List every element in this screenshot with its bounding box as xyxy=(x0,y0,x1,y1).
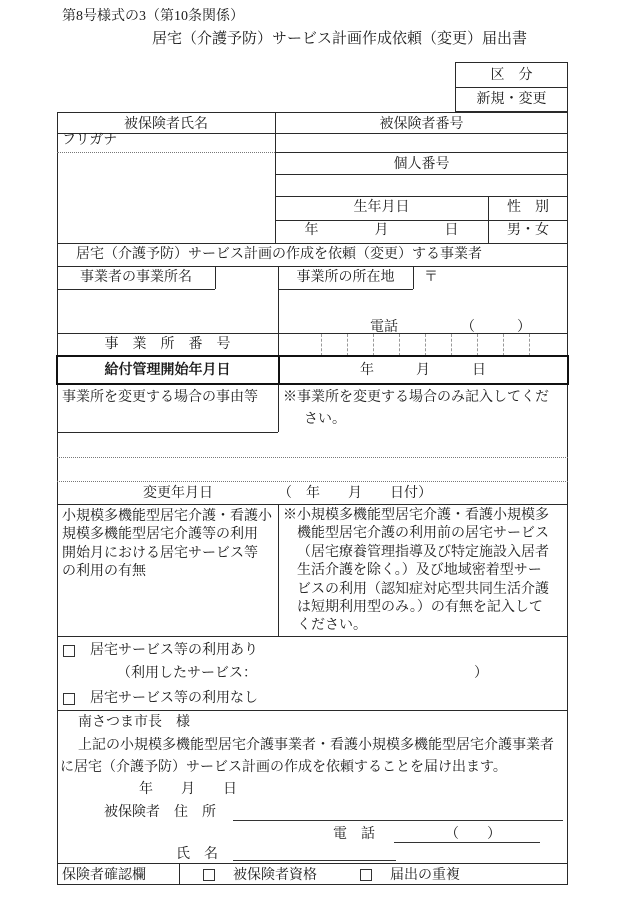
personal-number-field[interactable] xyxy=(276,175,567,195)
insured-qualification-checkbox[interactable] xyxy=(203,869,215,881)
office-number-cell[interactable] xyxy=(425,334,451,356)
notification-form-page: 第8号様式の3（第10条関係） 居宅（介護予防）サービス計画作成依頼（変更）届出… xyxy=(0,0,630,903)
benefit-start-label: 給付管理開始年月日 xyxy=(57,361,278,381)
benefit-start-units[interactable]: 年 月 日 xyxy=(278,361,568,381)
change-note-line2: さい。 xyxy=(304,410,346,430)
change-reason-field[interactable] xyxy=(58,408,277,431)
text-line: の利用の有無 xyxy=(62,563,277,581)
insurer-check-label: 保険者確認欄 xyxy=(62,866,146,886)
provider-section-title: 居宅（介護予防）サービス計画の作成を依頼（変更）する事業者 xyxy=(76,245,482,265)
grid-line-h xyxy=(57,863,568,864)
declaration-date-units[interactable]: 年 月 日 xyxy=(139,780,237,800)
office-number-cell[interactable] xyxy=(503,334,529,356)
duplicate-notification-checkbox[interactable] xyxy=(360,869,372,881)
office-number-cell[interactable] xyxy=(347,334,373,356)
furigana-field[interactable] xyxy=(130,131,270,150)
office-number-cell[interactable] xyxy=(373,334,399,356)
grid-line-v xyxy=(278,504,279,636)
dotted-rule xyxy=(57,481,568,482)
insured-number-field[interactable] xyxy=(276,134,567,151)
grid-line-v xyxy=(179,863,180,885)
grid-line-v xyxy=(278,384,279,432)
use-no-label: 居宅サービス等の利用なし xyxy=(90,689,258,709)
office-address-label: 事業所の所在地 xyxy=(278,268,413,288)
duplicate-notification-label: 届出の重複 xyxy=(390,866,460,886)
declaration-name-label: 氏 名 xyxy=(176,845,218,865)
office-number-label: 事 業 所 番 号 xyxy=(57,335,278,355)
text-line: 開始月における居宅サービス等 xyxy=(62,545,277,563)
birthdate-label: 生年月日 xyxy=(275,198,488,218)
birthdate-units[interactable]: 年 月 日 xyxy=(275,221,488,241)
text-line: ください。 xyxy=(283,617,568,635)
declaration-name-field[interactable] xyxy=(233,844,396,861)
furigana-label: フリガナ xyxy=(62,131,117,151)
used-service-open: （利用したサービス： xyxy=(117,664,257,684)
declaration-body-line1: 上記の小規模多機能型居宅介護事業者・看護小規模多機能型居宅介護事業者 xyxy=(78,736,554,756)
grid-line-h xyxy=(57,432,278,433)
furigana-dotted-line xyxy=(57,152,275,153)
declaration-address-label: 被保険者 住 所 xyxy=(104,803,216,823)
text-line: 機能型居宅介護の利用前の居宅サービス xyxy=(283,525,568,543)
change-date-units[interactable]: （ 年 月 日付） xyxy=(278,484,432,504)
insured-name-field[interactable] xyxy=(58,154,274,242)
text-line: （居宅療養管理指導及び特定施設入居者 xyxy=(283,544,568,562)
insured-qualification-label: 被保険者資格 xyxy=(233,866,317,886)
text-line: は短期利用型のみ。）の有無を記入して xyxy=(283,599,568,617)
multifunction-label: 小規模多機能型居宅介護・看護小規模多機能型居宅介護等の利用開始月における居宅サー… xyxy=(62,508,277,582)
declaration-body-line2: に居宅（介護予防）サービス計画の作成を依頼することを届け出ます。 xyxy=(60,758,507,778)
office-name-box-line xyxy=(215,266,216,289)
gender-label: 性 別 xyxy=(488,198,568,218)
office-number-cell[interactable] xyxy=(321,334,347,356)
change-reason-label: 事業所を変更する場合の事由等 xyxy=(62,388,258,408)
use-yes-checkbox[interactable] xyxy=(63,645,75,657)
office-number-cell[interactable] xyxy=(399,334,425,356)
office-number-cells xyxy=(278,334,568,356)
use-yes-label: 居宅サービス等の利用あり xyxy=(90,641,258,661)
category-value: 新規・変更 xyxy=(456,88,567,113)
office-number-cell[interactable] xyxy=(451,334,477,356)
grid-line-h xyxy=(275,196,568,197)
text-line: ※小規模多機能型居宅介護・看護小規模多 xyxy=(283,507,568,525)
office-number-cell[interactable] xyxy=(278,334,321,356)
multifunction-note: ※小規模多機能型居宅介護・看護小規模多機能型居宅介護の利用前の居宅サービス（居宅… xyxy=(283,507,568,636)
addressee: 南さつま市長 様 xyxy=(78,713,190,733)
used-service-field[interactable] xyxy=(260,664,470,682)
grid-line-h xyxy=(57,710,568,711)
category-label: 区 分 xyxy=(456,63,567,88)
text-line: 規模多機能型居宅介護等の利用 xyxy=(62,526,277,544)
category-box: 区 分 新規・変更 xyxy=(455,62,568,112)
page-title: 居宅（介護予防）サービス計画作成依頼（変更）届出書 xyxy=(152,29,527,49)
dotted-rule xyxy=(57,457,568,458)
declaration-phone-parens: （ ） xyxy=(445,825,501,845)
text-line: ビスの利用（認知症対応型共同生活介護 xyxy=(283,581,568,599)
text-line: 生活介護を除く。）及び地域密着型サー xyxy=(283,562,568,580)
office-name-field[interactable] xyxy=(58,290,277,332)
text-line: 小規模多機能型居宅介護・看護小 xyxy=(62,508,277,526)
grid-line-h xyxy=(275,152,568,153)
used-service-close: ） xyxy=(474,664,488,684)
office-name-label: 事業者の事業所名 xyxy=(57,268,215,288)
grid-line-h xyxy=(57,636,568,637)
grid-line-h xyxy=(57,504,568,505)
grid-line-h xyxy=(57,243,568,244)
form-number: 第8号様式の3（第10条関係） xyxy=(62,7,244,27)
change-note-line1: ※事業所を変更する場合のみ記入してくだ xyxy=(283,388,549,408)
insured-number-label: 被保険者番号 xyxy=(275,115,568,135)
declaration-address-field[interactable] xyxy=(233,803,563,821)
declaration-phone-label: 電 話 xyxy=(333,825,375,845)
use-no-checkbox[interactable] xyxy=(63,693,75,705)
change-date-label: 変更年月日 xyxy=(143,484,213,504)
office-address-box-line xyxy=(278,289,413,290)
personal-number-label: 個人番号 xyxy=(275,155,568,175)
office-number-cell[interactable] xyxy=(477,334,503,356)
gender-choice[interactable]: 男・女 xyxy=(488,221,568,241)
office-number-cell[interactable] xyxy=(529,334,568,356)
